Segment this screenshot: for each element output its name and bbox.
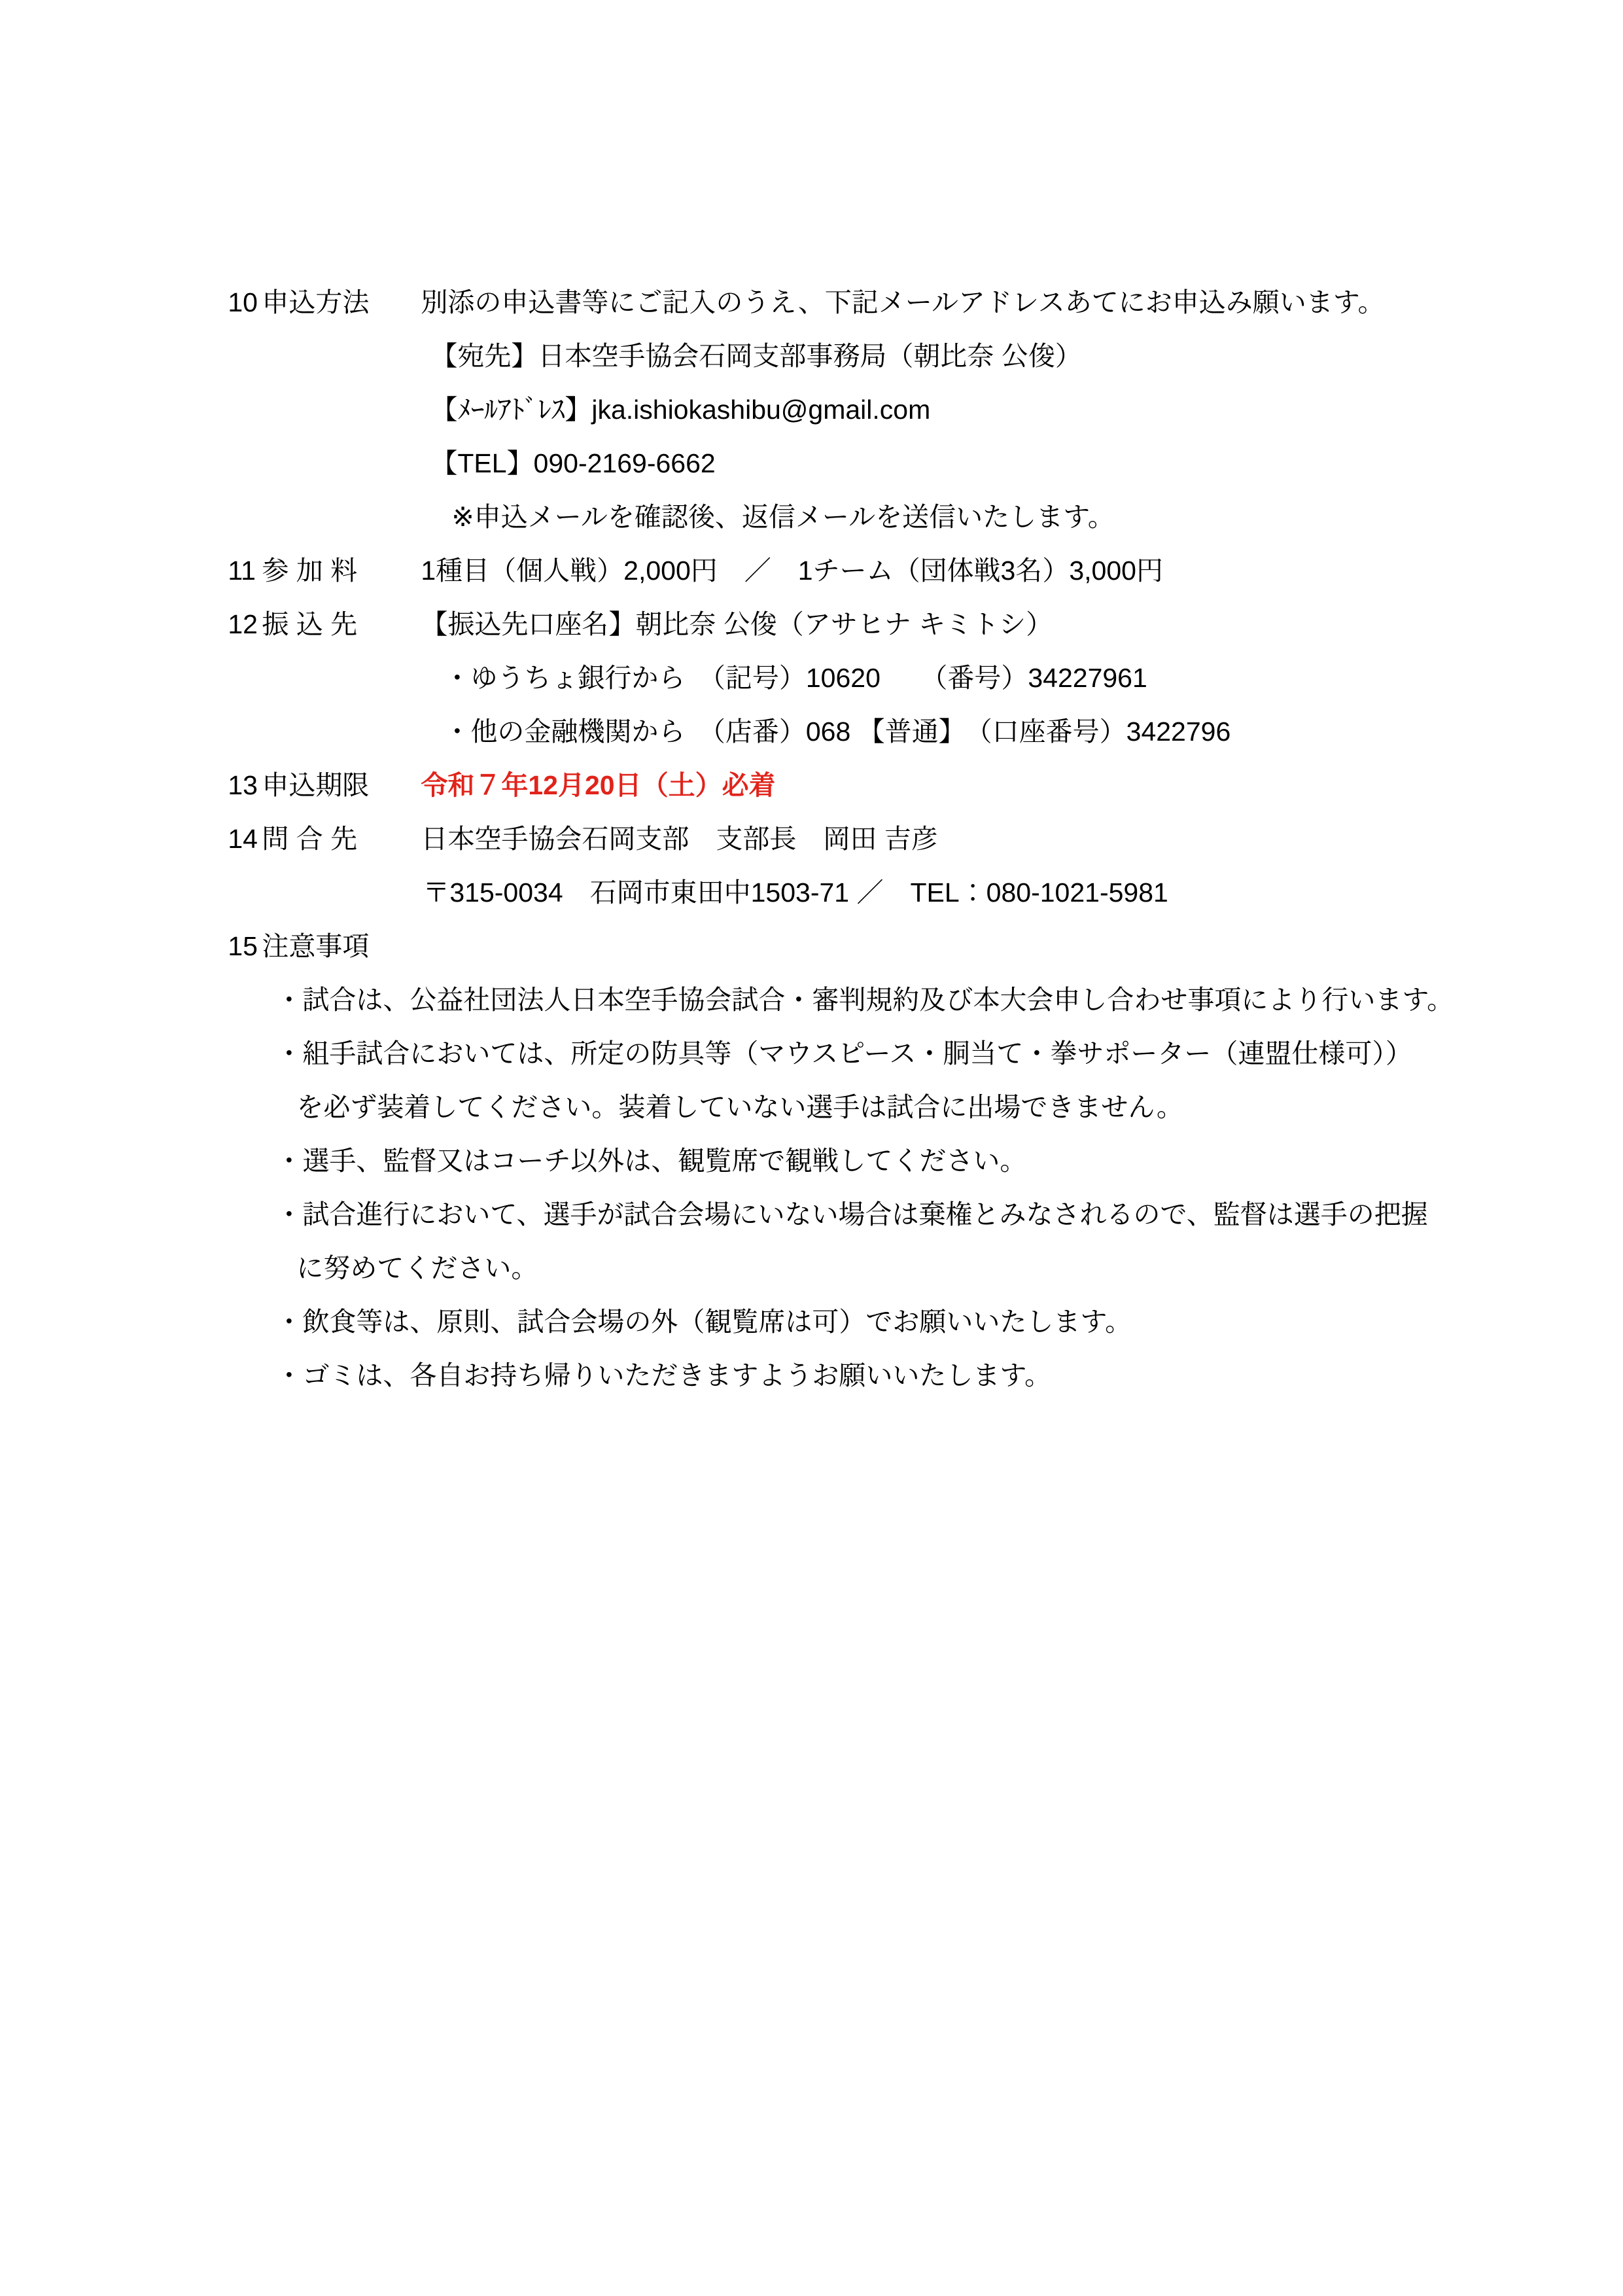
item-text: 【振込先口座名】朝比奈 公俊（アサヒナ キミトシ） [421,609,1053,639]
item-label: 注意事項 [262,919,421,973]
document-body: 10申込方法別添の申込書等にご記入のうえ、下記メールアドレスあてにお申込み願いま… [0,0,1623,1349]
other-bank-account-text: ・他の金融機関から （店番）068 【普通】 （口座番号）3422796 [444,716,1230,747]
email-text: 【ﾒｰﾙｱﾄﾞﾚｽ】jka.ishiokashibu@gmail.com [430,395,930,425]
reply-note-line: ※申込メールを確認後、返信メールを送信いたします。 [0,436,1623,490]
note-text: に努めてください。 [296,1253,538,1283]
document-page: 10申込方法別添の申込書等にご記入のうえ、下記メールアドレスあてにお申込み願いま… [0,0,1623,2296]
item-text: 1種目（個人戦）2,000円 ／ 1チーム（団体戦3名）3,000円 [421,556,1163,586]
yucho-account-text: ・ゆうちょ銀行から （記号）10620 （番号）34227961 [444,663,1147,693]
item-number: 10 [228,275,262,329]
note-text: ・飲食等は、原則、試合会場の外（観覧席は可）でお願いいたします。 [275,1307,1132,1337]
deadline-text: 令和７年12月20日（土）必着 [421,770,775,800]
item-number: 11 [228,544,262,597]
item-number: 12 [228,597,262,651]
note-text: ・組手試合においては、所定の防具等（マウスピース・胴当て・拳サポーター（連盟仕様… [275,1038,1412,1069]
note-text: ・試合は、公益社団法人日本空手協会試合・審判規約及び本大会申し合わせ事項により行… [275,985,1454,1015]
note-text: ・ゴミは、各自お持ち帰りいただきますようお願いいたします。 [275,1360,1051,1390]
item-text: 日本空手協会石岡支部 支部長 岡田 吉彦 [421,824,937,854]
item-label: 申込期限 [262,758,421,812]
reply-note-text: ※申込メールを確認後、返信メールを送信いたします。 [451,502,1114,532]
recipient-text: 【宛先】日本空手協会石岡支部事務局（朝比奈 公俊） [430,341,1081,371]
contact-address-text: 〒315-0034 石岡市東田中1503-71 ／ TEL：080-1021-5… [423,877,1168,908]
item-text: 別添の申込書等にご記入のうえ、下記メールアドレスあてにお申込み願います。 [421,287,1384,317]
item-label: 参 加 料 [262,544,421,597]
item-number: 13 [228,758,262,812]
note-text: ・試合進行において、選手が試合会場にいない場合は棄権とみなされるので、監督は選手… [275,1199,1427,1229]
item-label: 振 込 先 [262,597,421,651]
note-text: を必ず装着してください。装着していない選手は試合に出場できません。 [296,1092,1183,1122]
item-number: 15 [228,919,262,973]
tel-text: 【TEL】090-2169-6662 [430,448,715,478]
item-label: 問 合 先 [262,812,421,866]
item-label: 申込方法 [262,275,421,329]
item-10-application-method: 10申込方法別添の申込書等にご記入のうえ、下記メールアドレスあてにお申込み願いま… [0,222,1623,275]
item-number: 14 [228,812,262,866]
note-text: ・選手、監督又はコーチ以外は、観覧席で観戦してください。 [275,1146,1026,1176]
